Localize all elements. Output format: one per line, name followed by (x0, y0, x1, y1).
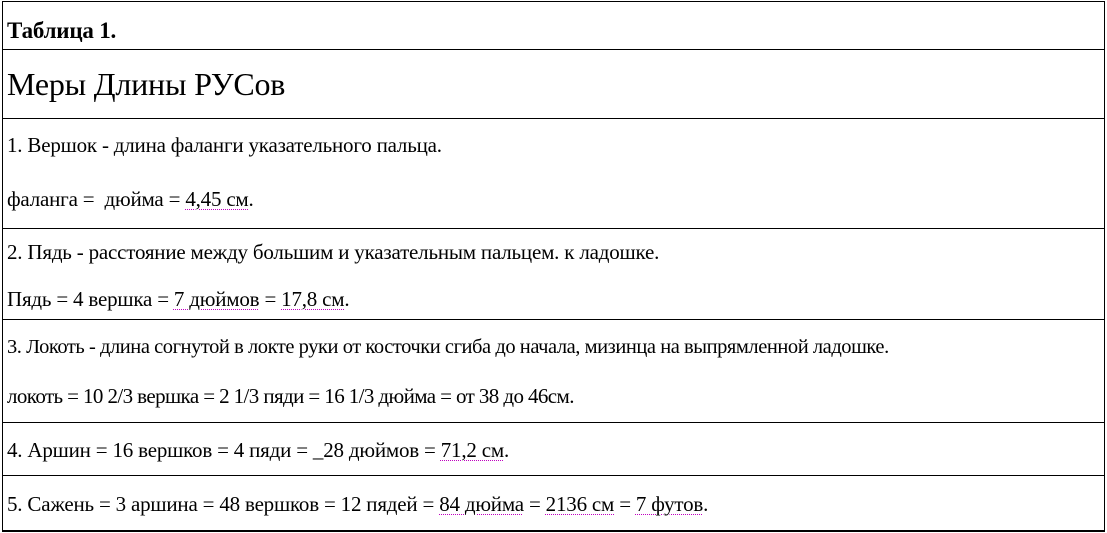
row-equation: 4. Аршин = 16 вершков = 4 пяди = _28 дюй… (7, 438, 509, 463)
spellcheck-underlined-text[interactable]: 7 футов (636, 492, 703, 516)
equation-text: . (504, 438, 509, 462)
measures-table: Таблица 1. Меры Длины РУСов 1. Вершок - … (2, 1, 1105, 532)
equation-text: = (524, 492, 546, 516)
row-equation: фаланга = дюйма = 4,45 см. (7, 187, 254, 212)
spellcheck-underlined-text[interactable]: 17,8 см (281, 287, 344, 311)
table-row: 3. Локоть - длина согнутой в локте руки … (3, 319, 1104, 422)
row-definition: 3. Локоть - длина согнутой в локте руки … (7, 336, 889, 359)
table-row: 2. Пядь - расстояние между большим и ука… (3, 228, 1104, 319)
table-caption-row: Таблица 1. (3, 2, 1104, 49)
equation-text: 5. Сажень = 3 аршина = 48 вершков = 12 п… (7, 492, 439, 516)
row-equation: локоть = 10 2/3 вершка = 2 1/3 пяди = 16… (7, 384, 574, 409)
equation-text: = (259, 287, 281, 311)
table-row: 1. Вершок - длина фаланги указательного … (3, 118, 1104, 228)
spellcheck-underlined-text[interactable]: 84 дюйма (439, 492, 524, 516)
equation-text: . (249, 187, 254, 211)
row-equation: 5. Сажень = 3 аршина = 48 вершков = 12 п… (7, 492, 708, 517)
equation-text: фаланга = дюйма = (7, 187, 185, 211)
spellcheck-underlined-text[interactable]: 7 дюймов (174, 287, 259, 311)
spellcheck-underlined-text[interactable]: 71,2 см (441, 438, 504, 462)
table-title-row: Меры Длины РУСов (3, 49, 1104, 118)
row-equation: Пядь = 4 вершка = 7 дюймов = 17,8 см. (7, 287, 349, 312)
equation-text: Пядь = 4 вершка = (7, 287, 174, 311)
equation-text: = (614, 492, 636, 516)
spellcheck-underlined-text[interactable]: 4,45 см (185, 187, 248, 211)
table-row: 4. Аршин = 16 вершков = 4 пяди = _28 дюй… (3, 422, 1104, 475)
table-title: Меры Длины РУСов (7, 66, 285, 103)
row-definition: 2. Пядь - расстояние между большим и ука… (7, 240, 659, 265)
equation-text: . (344, 287, 349, 311)
equation-text: 4. Аршин = 16 вершков = 4 пяди = _28 дюй… (7, 438, 441, 462)
table-row: 5. Сажень = 3 аршина = 48 вершков = 12 п… (3, 475, 1104, 530)
row-definition: 1. Вершок - длина фаланги указательного … (7, 133, 442, 158)
spellcheck-underlined-text[interactable]: 2136 см (546, 492, 614, 516)
table-caption: Таблица 1. (7, 18, 116, 44)
equation-text: . (703, 492, 708, 516)
